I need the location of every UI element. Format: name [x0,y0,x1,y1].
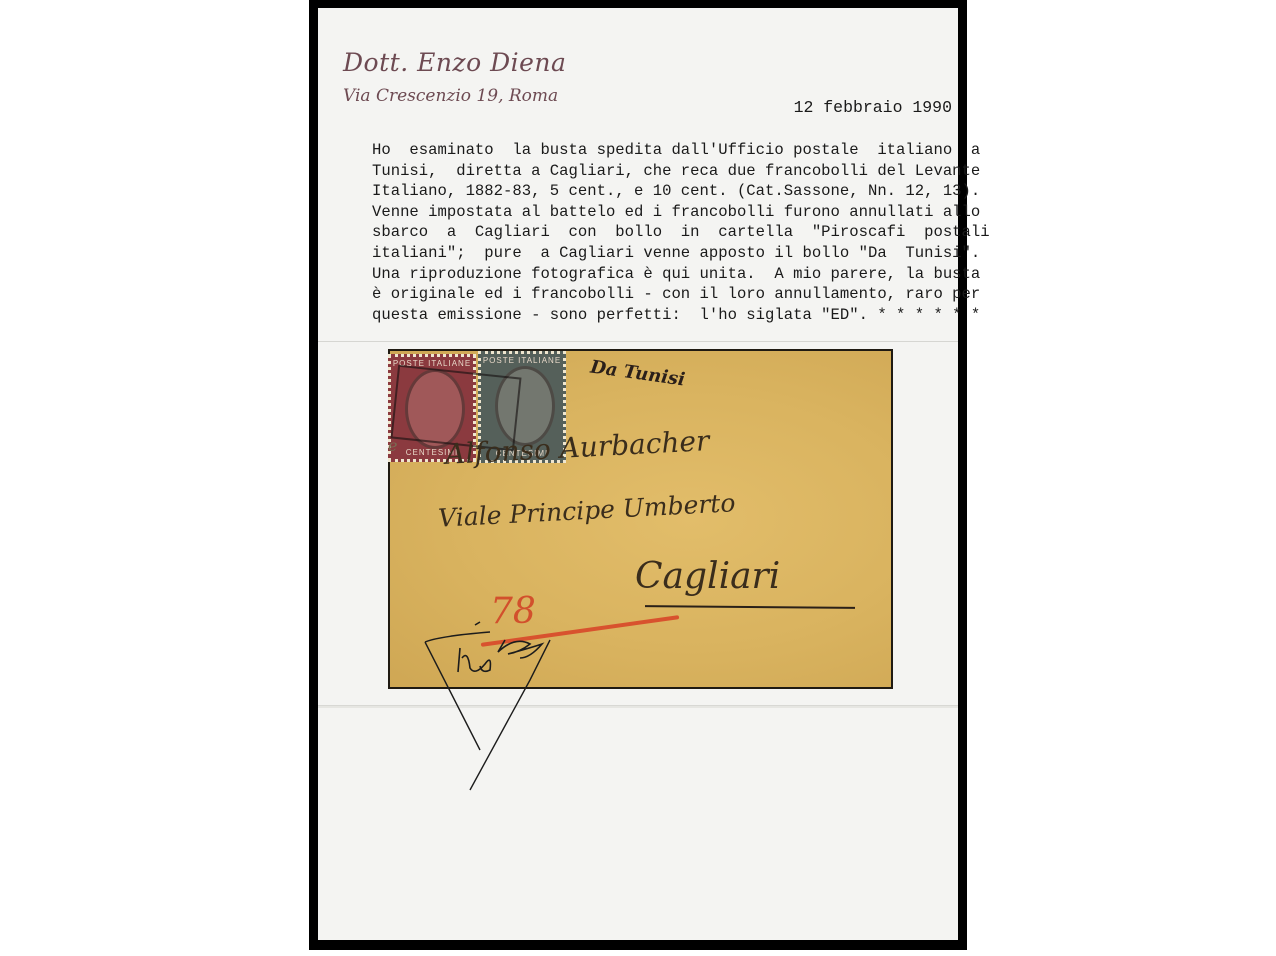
body-line: italiani"; pure a Cagliari venne apposto… [372,243,958,264]
stamp-label-top: POSTE ITALIANE [481,356,563,365]
edge-fragment: e [388,436,397,455]
body-line: Ho esaminato la busta spedita dall'Uffic… [372,140,958,161]
body-line: sbarco a Cagliari con bollo in cartella … [372,222,958,243]
body-line: Tunisi, diretta a Cagliari, che reca due… [372,161,958,182]
address-underline [645,605,855,608]
da-tunisi-handstamp: Da Tunisi [589,356,686,390]
body-line: questa emissione - sono perfetti: l'ho s… [372,305,958,326]
paper-fold-line [318,341,958,342]
address-street: Viale Principe Umberto [437,488,736,533]
body-line: Italiano, 1882-83, 5 cent., e 10 cent. (… [372,181,958,202]
certificate-date: 12 febbraio 1990 [794,98,952,117]
address-city: Cagliari [635,556,780,597]
letterhead-address: Via Crescenzio 19, Roma [343,86,558,106]
body-line: è originale ed i francobolli - con il lo… [372,284,958,305]
certificate-body: Ho esaminato la busta spedita dall'Uffic… [372,140,958,325]
expert-signature-icon [380,600,660,800]
body-line: Una riproduzione fotografica è qui unita… [372,264,958,285]
body-line: Venne impostata al battelo ed i francobo… [372,202,958,223]
letterhead-name: Dott. Enzo Diena [343,48,566,77]
